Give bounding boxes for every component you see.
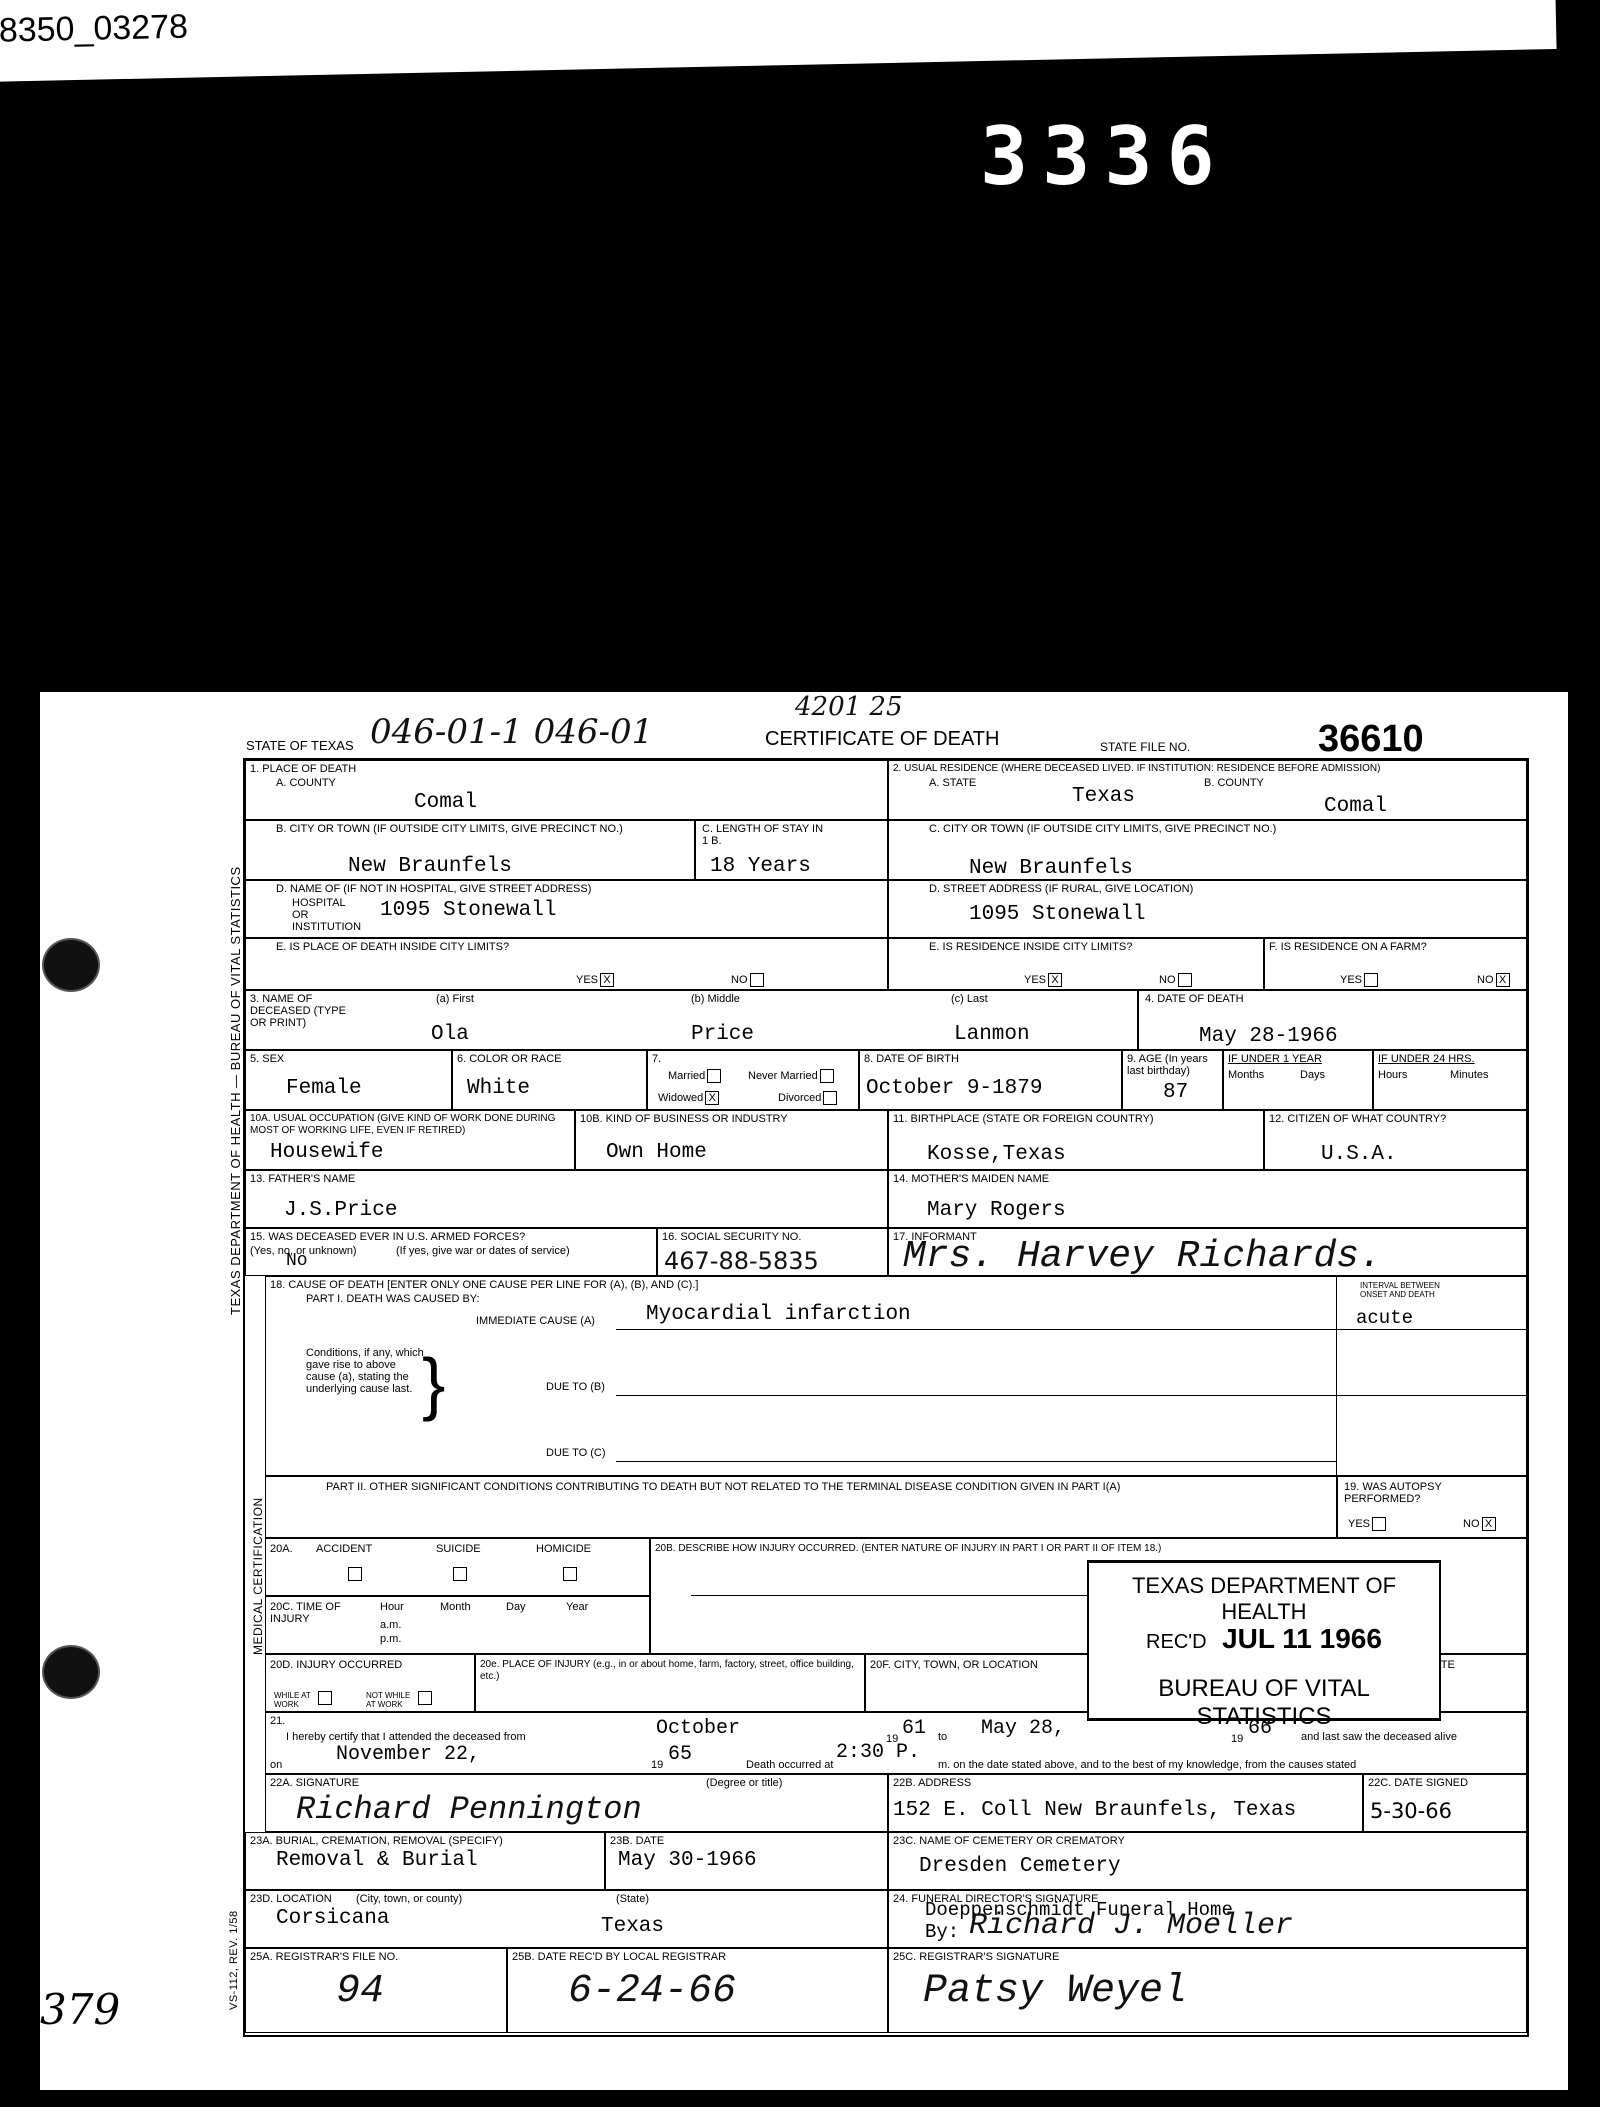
section-disposition-location: 23d. LOCATION (City, town, or county) (S…: [245, 1890, 888, 1948]
attended-from-month: October: [656, 1717, 740, 1740]
registrar-file-no: 94: [336, 1969, 384, 2014]
immediate-cause: Myocardial infarction: [646, 1303, 911, 1326]
residence-county: Comal: [1324, 795, 1387, 818]
middle-name: Price: [691, 1023, 754, 1046]
funeral-by-label: By:: [925, 1921, 959, 1943]
age: 87: [1163, 1081, 1188, 1104]
not-while-at-work-checkbox[interactable]: [418, 1691, 432, 1705]
section-informant: 17. INFORMANT Mrs. Harvey Richards.: [888, 1228, 1527, 1276]
section-under-24-hrs: IF UNDER 24 HRS. Hours Minutes: [1373, 1050, 1527, 1110]
state-file-label: STATE FILE NO.: [1100, 740, 1190, 754]
section-marital-status: 7. Married Never Married WidowedX Divorc…: [647, 1050, 859, 1110]
date-signed: 5-30-66: [1370, 1799, 1452, 1823]
section-residence-inside-limits: e. IS RESIDENCE INSIDE CITY LIMITS? YESX…: [888, 938, 1264, 990]
section-injury-occurred: 20d. INJURY OCCURRED WHILE AT WORK NOT W…: [265, 1654, 475, 1712]
business: Own Home: [606, 1141, 707, 1164]
punch-hole-bottom: [42, 1645, 100, 1699]
stamp-number: 3336: [980, 110, 1229, 203]
attended-to-date: May 28,: [981, 1717, 1065, 1740]
scan-image-id: 8350_03278: [0, 8, 188, 51]
married-checkbox[interactable]: [707, 1069, 721, 1083]
received-date: JUL 11 1966: [1222, 1623, 1382, 1654]
social-security-number: 467-88-5835: [664, 1247, 819, 1275]
section-race: 6. COLOR OR RACE White: [452, 1050, 647, 1110]
physician-signature: Richard Pennington: [296, 1791, 642, 1828]
date-received-local: 6-24-66: [568, 1969, 736, 2014]
state-file-number: 36610: [1318, 718, 1424, 761]
section-residence-state: 2. USUAL RESIDENCE (Where deceased lived…: [888, 760, 1527, 820]
hospital-address: 1095 Stonewall: [380, 899, 556, 922]
death-county: Comal: [414, 791, 477, 814]
registrar-signature: Patsy Weyel: [923, 1969, 1187, 2014]
section-place-of-injury: 20e. PLACE OF INJURY (e.g., in or about …: [475, 1654, 865, 1712]
never-married-checkbox[interactable]: [820, 1069, 834, 1083]
farm-yes-checkbox[interactable]: [1364, 973, 1378, 987]
handwritten-top-number: 4201 25: [795, 692, 903, 722]
death-inside-limits-no-checkbox[interactable]: [750, 973, 764, 987]
section-physician-signature: 22a. SIGNATURE (Degree or title) Richard…: [265, 1774, 888, 1832]
section-date-of-birth: 8. DATE OF BIRTH October 9-1879: [859, 1050, 1122, 1110]
section-cause-of-death: 18. CAUSE OF DEATH [Enter only one cause…: [265, 1276, 1527, 1476]
section-mother: 14. MOTHER'S MAIDEN NAME Mary Rogers: [888, 1170, 1527, 1228]
farm-no-checkbox[interactable]: X: [1496, 973, 1510, 987]
funeral-director-signature: Richard J. Moeller: [969, 1909, 1293, 1943]
accident-checkbox[interactable]: [348, 1567, 362, 1581]
section-death-city: b. CITY OR TOWN (If outside city limits,…: [245, 820, 695, 880]
section-occupation: 10a. USUAL OCCUPATION (Give kind of work…: [245, 1110, 575, 1170]
last-name: Lanmon: [954, 1023, 1030, 1046]
section-date-of-death: 4. DATE OF DEATH May 28-1966: [1138, 990, 1527, 1050]
section-residence-city: c. CITY OR TOWN (If outside city limits,…: [888, 820, 1527, 880]
birthplace: Kosse,Texas: [927, 1143, 1066, 1166]
while-at-work-checkbox[interactable]: [318, 1691, 332, 1705]
occupation: Housewife: [270, 1141, 383, 1164]
section-cemetery: 23c. NAME OF CEMETERY OR CREMATORY Dresd…: [888, 1832, 1527, 1890]
margin-note: 379: [40, 1985, 120, 2034]
widowed-checkbox[interactable]: X: [705, 1091, 719, 1105]
attended-from-year: 61: [902, 1717, 926, 1740]
residence-city: New Braunfels: [969, 857, 1133, 880]
punch-hole-top: [42, 938, 100, 992]
physician-address: 152 E. Coll New Braunfels, Texas: [893, 1799, 1296, 1822]
suicide-checkbox[interactable]: [453, 1567, 467, 1581]
section-date-signed: 22c. DATE SIGNED 5-30-66: [1363, 1774, 1527, 1832]
race: White: [467, 1077, 530, 1100]
section-armed-forces: 15. WAS DECEASED EVER IN U.S. ARMED FORC…: [245, 1228, 657, 1276]
section-residence-street: d. STREET ADDRESS (If rural, give locati…: [888, 880, 1527, 938]
disposition-date: May 30-1966: [618, 1849, 757, 1872]
form-code: VS-112, REV. 1/58: [228, 1910, 240, 2010]
residence-inside-limits-yes-checkbox[interactable]: X: [1048, 973, 1062, 987]
section-injury-time: 20c. TIME OF INJURY Hour Month Day Year …: [265, 1596, 650, 1654]
citizenship: U.S.A.: [1321, 1143, 1397, 1166]
autopsy-no-checkbox[interactable]: X: [1482, 1517, 1496, 1531]
section-disposition-method: 23a. BURIAL, CREMATION, REMOVAL (Specify…: [245, 1832, 605, 1890]
side-department-text: TEXAS DEPARTMENT OF HEALTH — BUREAU OF V…: [228, 866, 243, 1315]
section-place-of-death-county: 1. PLACE OF DEATH a. COUNTY Comal: [245, 760, 888, 820]
certificate-title: CERTIFICATE OF DEATH: [765, 728, 999, 751]
sex: Female: [286, 1077, 362, 1100]
death-certificate-form: 1. PLACE OF DEATH a. COUNTY Comal b. CIT…: [243, 758, 1529, 2037]
section-disposition-date: 23b. DATE May 30-1966: [605, 1832, 888, 1890]
date-of-death: May 28-1966: [1199, 1025, 1338, 1048]
last-seen-year: 65: [668, 1743, 692, 1766]
cemetery-name: Dresden Cemetery: [919, 1855, 1121, 1878]
section-under-1-year: IF UNDER 1 YEAR Months Days: [1223, 1050, 1373, 1110]
section-physician-address: 22b. ADDRESS 152 E. Coll New Braunfels, …: [888, 1774, 1363, 1832]
last-seen-date: November 22,: [336, 1743, 480, 1766]
date-of-birth: October 9-1879: [866, 1077, 1042, 1100]
death-city: New Braunfels: [348, 855, 512, 878]
homicide-checkbox[interactable]: [563, 1567, 577, 1581]
armed-forces: No: [286, 1251, 308, 1271]
section-hospital: d. NAME OF (If not in hospital, give str…: [245, 880, 888, 938]
location-state: Texas: [601, 1915, 664, 1938]
residence-inside-limits-no-checkbox[interactable]: [1178, 973, 1192, 987]
section-sex: 5. SEX Female: [245, 1050, 452, 1110]
state-codes: 046-01-1 046-01: [370, 712, 653, 752]
first-name: Ola: [431, 1023, 469, 1046]
section-autopsy: 19. WAS AUTOPSY PERFORMED? YES NOX: [1337, 1476, 1527, 1538]
received-stamp: TEXAS DEPARTMENT OF HEALTH REC'D JUL 11 …: [1087, 1560, 1441, 1721]
section-date-received-local: 25b. DATE REC'D BY LOCAL REGISTRAR 6-24-…: [507, 1948, 888, 2033]
scan-label-strip: 8350_03278: [0, 0, 1557, 82]
divorced-checkbox[interactable]: [823, 1091, 837, 1105]
interval-onset-death: acute: [1356, 1307, 1413, 1329]
state-of-texas-label: STATE OF TEXAS: [246, 738, 354, 753]
residence-state: Texas: [1072, 785, 1135, 808]
section-death-inside-limits: e. IS PLACE OF DEATH INSIDE CITY LIMITS?…: [245, 938, 888, 990]
section-citizenship: 12. CITIZEN OF WHAT COUNTRY? U.S.A.: [1264, 1110, 1527, 1170]
section-ssn: 16. SOCIAL SECURITY NO. 467-88-5835: [657, 1228, 888, 1276]
section-birthplace: 11. BIRTHPLACE (State or foreign country…: [888, 1110, 1264, 1170]
section-injury-type: 20a. ACCIDENT SUICIDE HOMICIDE: [265, 1538, 650, 1596]
section-farm: f. IS RESIDENCE ON A FARM? YES NOX: [1264, 938, 1527, 990]
location-city: Corsicana: [276, 1907, 389, 1930]
section-age: 9. AGE (In years last birthday) 87: [1122, 1050, 1223, 1110]
section-part-ii: PART II. OTHER SIGNIFICANT CONDITIONS CO…: [265, 1476, 1337, 1538]
death-time: 2:30 P.: [836, 1741, 920, 1764]
section-father: 13. FATHER'S NAME J.S.Price: [245, 1170, 888, 1228]
disposition-method: Removal & Burial: [276, 1849, 478, 1872]
section-length-of-stay: c. LENGTH OF STAY in 1 b. 18 Years: [695, 820, 888, 880]
father-name: J.S.Price: [284, 1199, 397, 1222]
mother-name: Mary Rogers: [927, 1199, 1066, 1222]
informant-signature: Mrs. Harvey Richards.: [903, 1235, 1382, 1278]
death-inside-limits-yes-checkbox[interactable]: X: [600, 973, 614, 987]
section-registrar-signature: 25c. REGISTRAR'S SIGNATURE Patsy Weyel: [888, 1948, 1527, 2033]
section-registrar-file-no: 25a. REGISTRAR'S FILE NO. 94: [245, 1948, 507, 2033]
length-of-stay: 18 Years: [710, 855, 811, 878]
autopsy-yes-checkbox[interactable]: [1372, 1517, 1386, 1531]
section-business: 10b. KIND OF BUSINESS OR INDUSTRY Own Ho…: [575, 1110, 888, 1170]
residence-street: 1095 Stonewall: [969, 903, 1145, 926]
section-funeral-director: 24. FUNERAL DIRECTOR'S SIGNATURE Doeppen…: [888, 1890, 1527, 1948]
section-name-of-deceased: 3. NAME OF DECEASED (Type or print) (a) …: [245, 990, 1138, 1050]
